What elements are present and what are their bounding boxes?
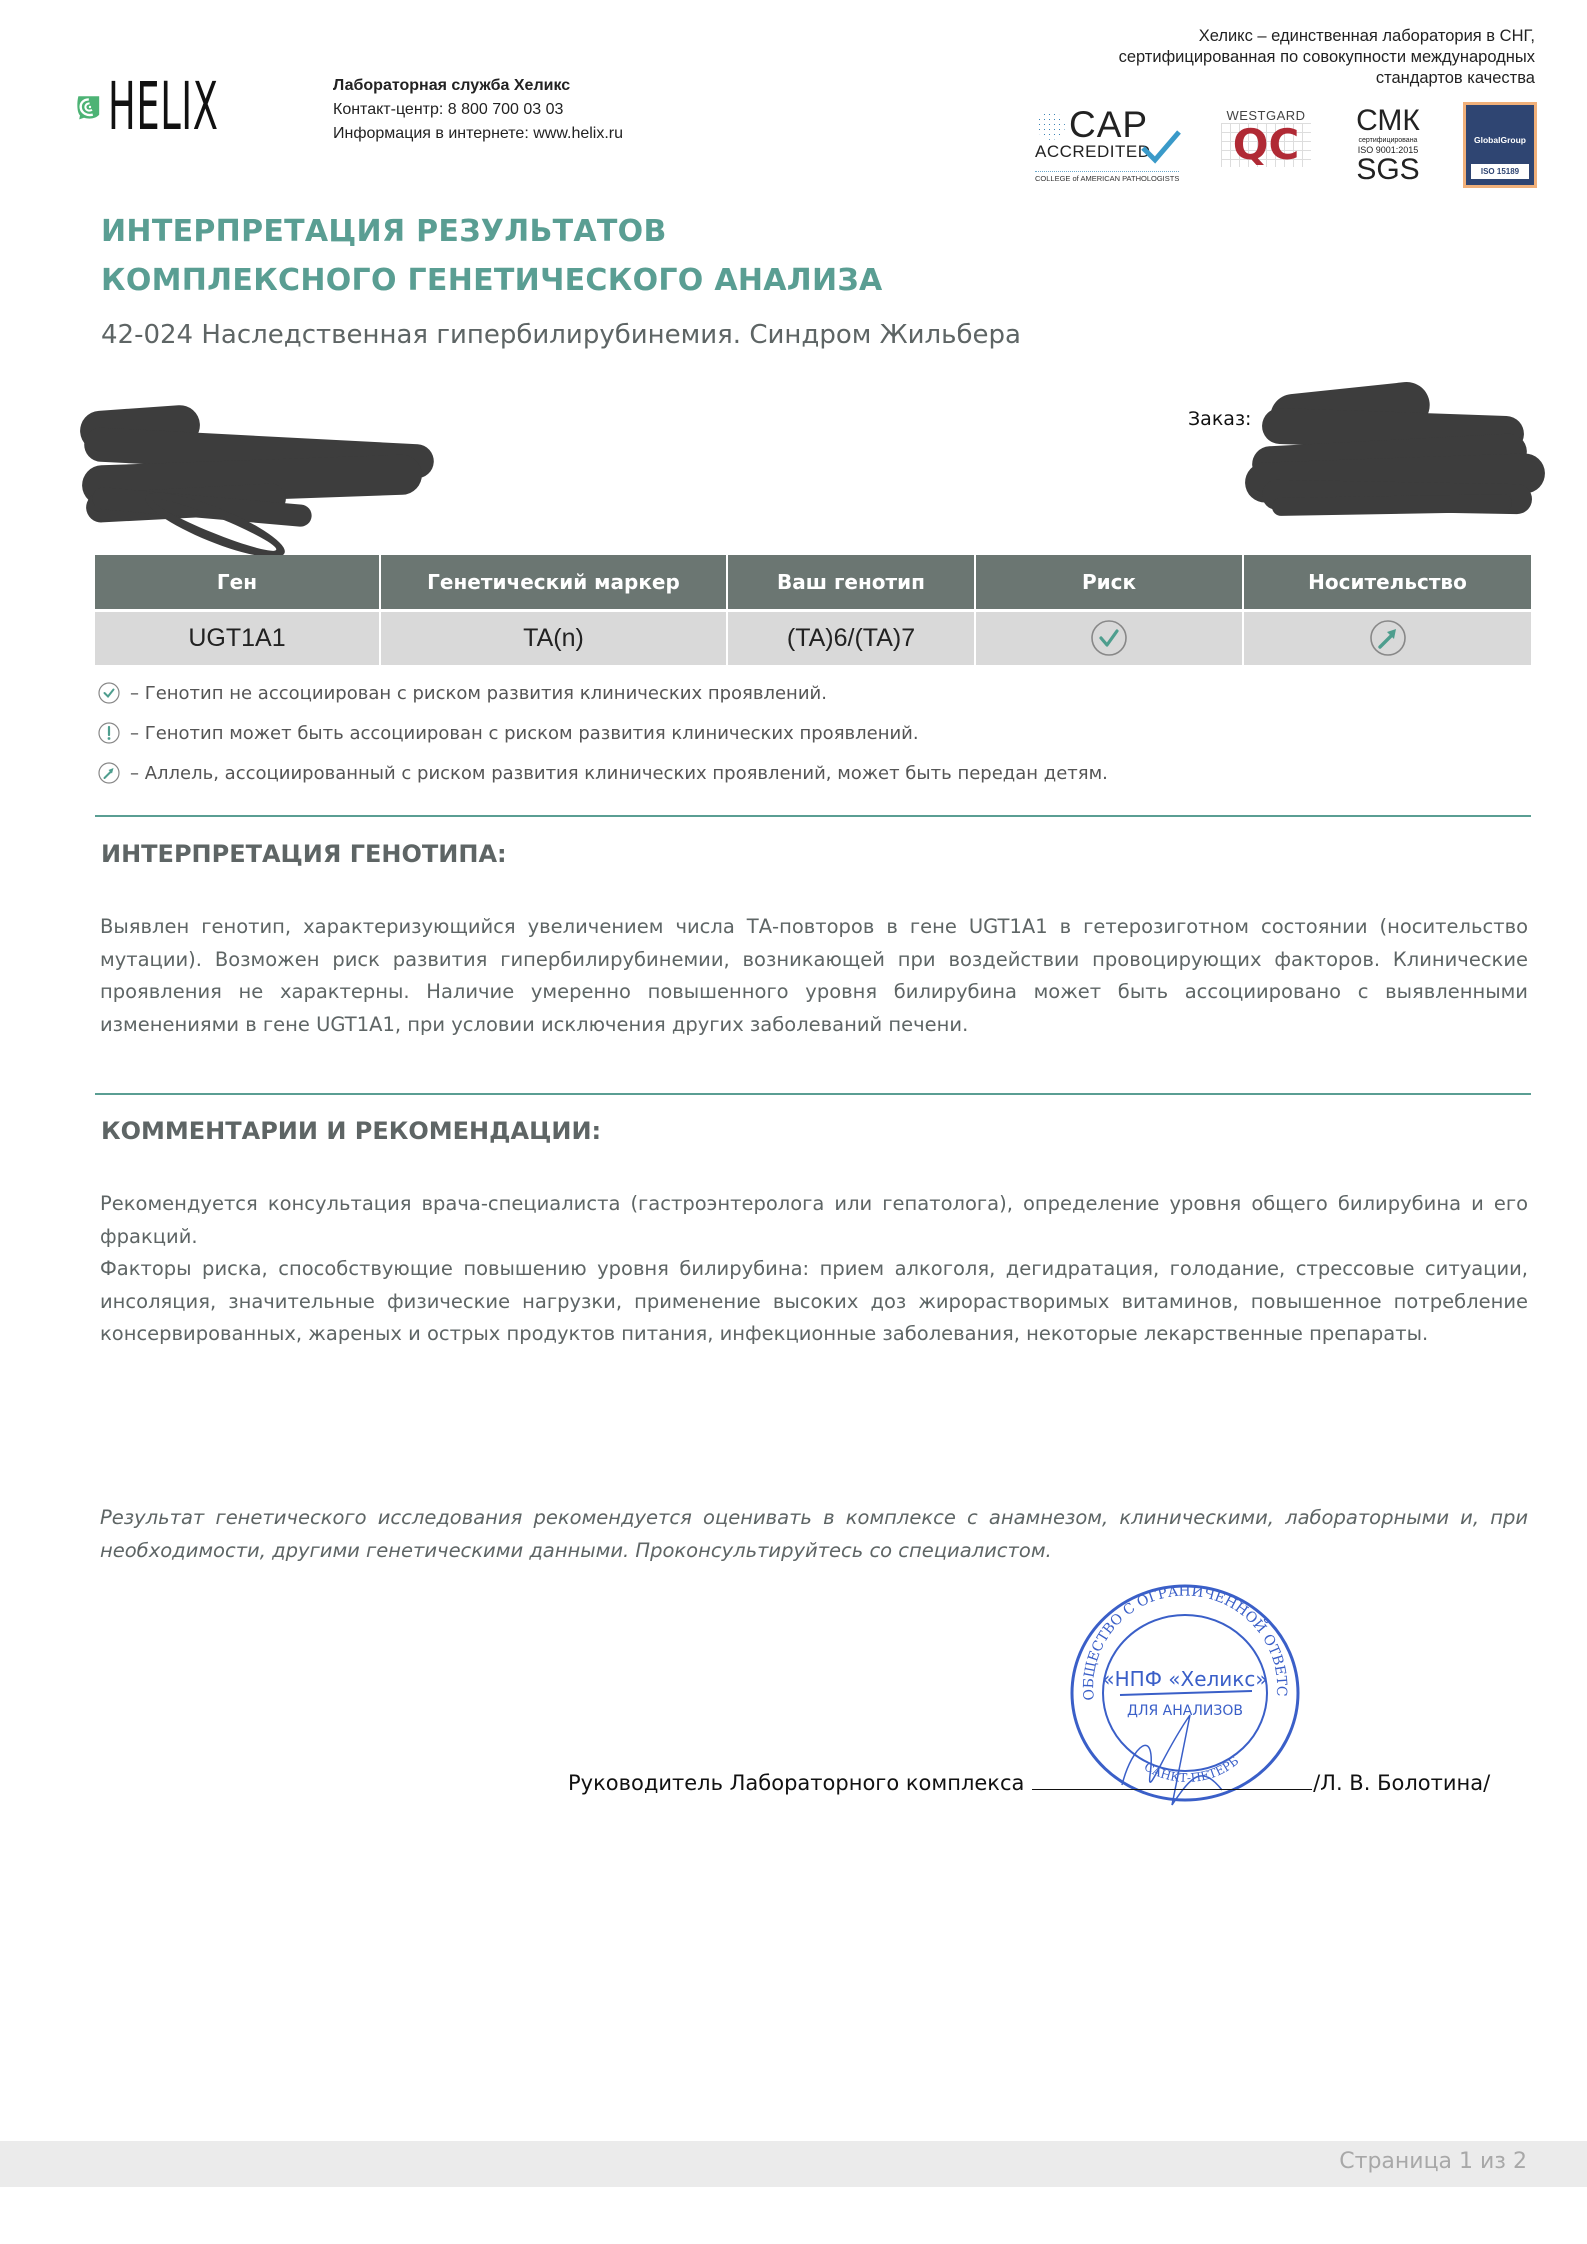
recommendations-text: Рекомендуется консультация врача-специал… xyxy=(100,1188,1528,1351)
test-name: 42-024 Наследственная гипербилирубинемия… xyxy=(101,320,1021,350)
lab-name: Лабораторная служба Хеликс xyxy=(333,74,623,98)
cap-accredited-logo: CAP ACCREDITED COLLEGE of AMERICAN PATHO… xyxy=(1035,108,1185,178)
report-title-line2: КОМПЛЕКСНОГО ГЕНЕТИЧЕСКОГО АНАЛИЗА xyxy=(101,256,883,305)
report-title: ИНТЕРПРЕТАЦИЯ РЕЗУЛЬТАТОВ КОМПЛЕКСНОГО Г… xyxy=(101,207,883,305)
qc-word: QC xyxy=(1221,123,1311,167)
column-header-genotype: Ваш генотип xyxy=(727,555,975,610)
svg-text:ДЛЯ АНАЛИЗОВ: ДЛЯ АНАЛИЗОВ xyxy=(1127,1703,1243,1719)
legend-item-no-risk: – Генотип не ассоциирован с риском разви… xyxy=(98,673,1108,713)
icon-legend: – Генотип не ассоциирован с риском разви… xyxy=(98,673,1108,793)
globalgroup-iso-logo: GlobalGroup ISO 15189 xyxy=(1463,102,1537,188)
helix-logo: HELIX xyxy=(76,70,286,144)
arrow-circle-icon xyxy=(98,762,120,784)
cap-accredited-text: ACCREDITED xyxy=(1035,142,1151,162)
interpretation-text: Выявлен генотип, характеризующийся увели… xyxy=(100,911,1528,1041)
smk-sgs-logo: СМК сертифицирована ISO 9001:2015 SGS xyxy=(1352,106,1424,192)
cert-claim-line: сертифицированная по совокупности междун… xyxy=(975,47,1535,68)
column-header-carrier: Носительство xyxy=(1243,555,1531,610)
report-title-line1: ИНТЕРПРЕТАЦИЯ РЕЗУЛЬТАТОВ xyxy=(101,207,883,256)
column-header-marker: Генетический маркер xyxy=(380,555,727,610)
cell-carrier xyxy=(1243,610,1531,665)
column-header-risk: Риск xyxy=(975,555,1243,610)
sgs-word: SGS xyxy=(1352,155,1424,185)
westgard-qc-logo: WESTGARD QC xyxy=(1221,108,1311,174)
cap-dots-icon xyxy=(1037,112,1065,140)
check-circle-icon xyxy=(98,682,120,704)
smk-certified: сертифицирована xyxy=(1352,136,1424,145)
signatory-role: Руководитель Лабораторного комплекса xyxy=(568,1771,1024,1795)
cell-gene: UGT1A1 xyxy=(95,610,380,665)
globalgroup-iso: ISO 15189 xyxy=(1471,164,1529,179)
disclaimer-note: Результат генетического исследования рек… xyxy=(100,1502,1528,1567)
legend-item-possible-risk: – Генотип может быть ассоциирован с риск… xyxy=(98,713,1108,753)
column-header-gene: Ген xyxy=(95,555,380,610)
page-footer: Страница 1 из 2 xyxy=(0,2141,1587,2187)
arrow-circle-icon xyxy=(1369,619,1407,657)
certification-logos: CAP ACCREDITED COLLEGE of AMERICAN PATHO… xyxy=(1035,100,1540,192)
section-divider xyxy=(95,815,1531,817)
cell-risk xyxy=(975,610,1243,665)
interpretation-paragraph: Выявлен генотип, характеризующийся увели… xyxy=(100,911,1528,1041)
cell-marker: TA(n) xyxy=(380,610,727,665)
cell-genotype: (TA)6/(TA)7 xyxy=(727,610,975,665)
legend-text: – Генотип может быть ассоциирован с риск… xyxy=(130,723,919,744)
contact-phone: Контакт-центр: 8 800 700 03 03 xyxy=(333,98,623,122)
legend-item-carrier: – Аллель, ассоциированный с риском разви… xyxy=(98,753,1108,793)
recommendation-paragraph: Рекомендуется консультация врача-специал… xyxy=(100,1188,1528,1253)
lab-contact-info: Лабораторная служба Хеликс Контакт-центр… xyxy=(333,74,623,146)
order-number-label: Заказ: xyxy=(1188,408,1251,430)
globalgroup-name: GlobalGroup xyxy=(1466,135,1534,145)
recommendations-heading: КОММЕНТАРИИ И РЕКОМЕНДАЦИИ: xyxy=(101,1117,601,1145)
smk-word: СМК xyxy=(1352,106,1424,136)
signatory-name: /Л. В. Болотина/ xyxy=(1313,1771,1490,1795)
signature-field xyxy=(1032,1772,1312,1790)
logo-wordmark: HELIX xyxy=(108,74,219,140)
interpretation-heading: ИНТЕРПРЕТАЦИЯ ГЕНОТИПА: xyxy=(101,840,507,868)
legend-text: – Аллель, ассоциированный с риском разви… xyxy=(130,763,1108,784)
page-number: Страница 1 из 2 xyxy=(1339,2149,1527,2174)
cert-claim-line: стандартов качества xyxy=(975,68,1535,89)
exclamation-circle-icon xyxy=(98,722,120,744)
cap-college-text: COLLEGE of AMERICAN PATHOLOGISTS xyxy=(1035,171,1179,183)
results-table: Ген Генетический маркер Ваш генотип Риск… xyxy=(95,555,1531,665)
cert-claim-line: Хеликс – единственная лаборатория в СНГ, xyxy=(975,26,1535,47)
cap-word: CAP xyxy=(1069,104,1148,146)
signature-line: Руководитель Лабораторного комплекса /Л.… xyxy=(568,1771,1490,1795)
check-circle-icon xyxy=(1090,619,1128,657)
svg-text:«НПФ «Хеликс»: «НПФ «Хеликс» xyxy=(1102,1667,1267,1691)
risk-factors-paragraph: Факторы риска, способствующие повышению … xyxy=(100,1253,1528,1351)
legend-text: – Генотип не ассоциирован с риском разви… xyxy=(130,683,827,704)
website-link[interactable]: Информация в интернете: www.helix.ru xyxy=(333,122,623,146)
table-header-row: Ген Генетический маркер Ваш генотип Риск… xyxy=(95,555,1531,610)
section-divider xyxy=(95,1093,1531,1095)
helix-spiral-icon xyxy=(76,74,102,140)
checkmark-icon xyxy=(1141,128,1181,164)
table-row: UGT1A1 TA(n) (TA)6/(TA)7 xyxy=(95,610,1531,665)
certification-claim: Хеликс – единственная лаборатория в СНГ,… xyxy=(975,26,1535,89)
disclaimer-text: Результат генетического исследования рек… xyxy=(100,1502,1528,1567)
